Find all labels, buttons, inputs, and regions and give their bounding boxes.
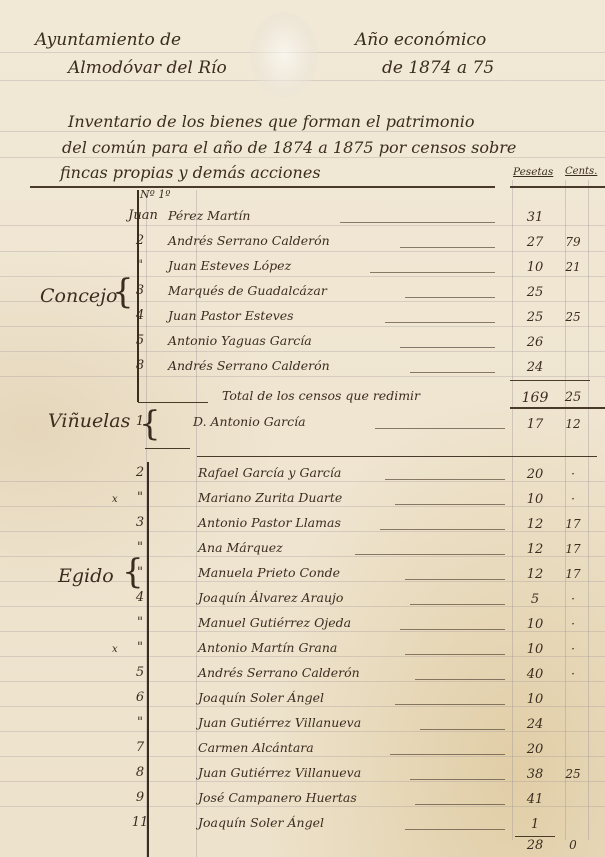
row-name: D. Antonio García xyxy=(193,414,306,429)
row-pesetas: 40 xyxy=(518,667,552,682)
header-underline xyxy=(510,186,605,188)
leader-dash xyxy=(385,479,505,481)
row-centimos: 17 xyxy=(560,567,586,581)
row-number: 4 xyxy=(125,590,155,605)
column-header-centimos: Cents. xyxy=(565,166,597,177)
row-number: " xyxy=(125,565,155,580)
leader-dash xyxy=(375,428,505,430)
total-underline xyxy=(510,407,605,409)
embossed-seal xyxy=(250,12,318,98)
row-pesetas: 24 xyxy=(518,360,552,375)
rule-line xyxy=(0,781,605,782)
row-mark: x xyxy=(112,644,118,655)
row-name: Manuela Prieto Conde xyxy=(198,565,340,580)
row-number: Juan xyxy=(128,208,158,223)
rule-line xyxy=(0,225,605,226)
number-header: Nº 1º xyxy=(140,188,170,201)
row-number: " xyxy=(125,640,155,655)
row-centimos: 25 xyxy=(560,310,586,324)
column-rule xyxy=(565,180,566,840)
leader-dash xyxy=(380,529,505,531)
row-name: Andrés Serrano Calderón xyxy=(168,358,330,373)
rule-line xyxy=(0,606,605,607)
leader-dash xyxy=(395,704,505,706)
row-name: Antonio Pastor Llamas xyxy=(198,515,341,530)
row-pesetas: 38 xyxy=(518,767,552,782)
row-number: 9 xyxy=(125,790,155,805)
row-name: Joaquín Soler Ángel xyxy=(198,815,324,830)
rule-line xyxy=(0,806,605,807)
rule-line xyxy=(0,376,605,377)
sum-line xyxy=(515,836,555,837)
rule-line xyxy=(0,706,605,707)
row-name: Juan Gutiérrez Villanueva xyxy=(198,765,361,780)
row-centimos: 25 xyxy=(560,767,586,781)
row-name: Pérez Martín xyxy=(168,208,250,223)
rule-line xyxy=(0,656,605,657)
header-left-line2: Almodóvar del Río xyxy=(68,58,227,78)
row-name: Rafael García y García xyxy=(198,465,341,480)
rule-line xyxy=(0,556,605,557)
row-centimos: · xyxy=(560,642,586,656)
row-pesetas: 25 xyxy=(518,285,552,300)
rule-line xyxy=(0,251,605,252)
total-centimos: 25 xyxy=(560,390,586,405)
ledger-page: Ayuntamiento de Almodóvar del Río Año ec… xyxy=(0,0,605,857)
row-number: 8 xyxy=(125,765,155,780)
column-header-pesetas: Pesetas xyxy=(513,166,553,178)
row-name: Manuel Gutiérrez Ojeda xyxy=(198,615,351,630)
row-number: " xyxy=(125,540,155,555)
row-mark: x xyxy=(112,494,118,505)
group-separator xyxy=(197,456,597,457)
row-number: 11 xyxy=(125,815,155,830)
row-centimos: · xyxy=(560,592,586,606)
row-number: 5 xyxy=(125,665,155,680)
column-rule xyxy=(512,180,513,840)
row-name: Ana Márquez xyxy=(198,540,283,555)
rule-line xyxy=(0,326,605,327)
rule-line xyxy=(0,481,605,482)
rule-line xyxy=(0,731,605,732)
leader-dash xyxy=(405,654,505,656)
leader-dash xyxy=(400,347,495,349)
subtotal-centimos: 0 xyxy=(560,838,586,852)
row-name: Mariano Zurita Duarte xyxy=(198,490,342,505)
row-name: Joaquín Soler Ángel xyxy=(198,690,324,705)
leader-dash xyxy=(415,679,505,681)
row-number: 2 xyxy=(125,233,155,248)
rule-line xyxy=(0,276,605,277)
row-number: " xyxy=(125,258,155,273)
leader-dash xyxy=(400,247,495,249)
row-number: 5 xyxy=(125,333,155,348)
row-name: Antonio Yaguas García xyxy=(168,333,312,348)
rule-line xyxy=(0,131,605,132)
row-centimos: 21 xyxy=(560,260,586,274)
row-pesetas: 25 xyxy=(518,310,552,325)
rule-line xyxy=(0,351,605,352)
leader-dash xyxy=(405,579,505,581)
row-pesetas: 12 xyxy=(518,567,552,582)
group-label-egido: Egido xyxy=(58,565,114,587)
subtotal-pesetas: 28 xyxy=(518,838,552,853)
row-pesetas: 12 xyxy=(518,542,552,557)
leader-dash xyxy=(370,272,495,274)
row-name: Juan Gutiérrez Villanueva xyxy=(198,715,361,730)
leader-dash xyxy=(400,629,505,631)
row-name: Joaquín Álvarez Araujo xyxy=(198,590,343,605)
row-pesetas: 10 xyxy=(518,492,552,507)
row-pesetas: 20 xyxy=(518,467,552,482)
rule-line xyxy=(0,157,605,158)
row-number: 2 xyxy=(125,465,155,480)
sum-line xyxy=(510,380,590,381)
leader-dash xyxy=(355,554,505,556)
row-pesetas: 10 xyxy=(518,692,552,707)
row-number: 3 xyxy=(125,283,155,298)
row-pesetas: 41 xyxy=(518,792,552,807)
title-line1: Inventario de los bienes que forman el p… xyxy=(68,112,475,131)
row-name: Marqués de Guadalcázar xyxy=(168,283,327,298)
group-label-vinuelas: Viñuelas xyxy=(48,410,130,432)
row-name: José Campanero Huertas xyxy=(198,790,357,805)
row-name: Juan Esteves López xyxy=(168,258,291,273)
title-line2: del común para el año de 1874 a 1875 por… xyxy=(62,138,516,157)
leader-dash xyxy=(410,779,505,781)
title-line3: fincas propias y demás acciones xyxy=(60,163,321,182)
row-pesetas: 5 xyxy=(518,592,552,607)
row-centimos: · xyxy=(560,492,586,506)
rule-line xyxy=(0,631,605,632)
leader-dash xyxy=(420,729,505,731)
group-close-line xyxy=(145,448,190,449)
row-number: " xyxy=(125,715,155,730)
group-label-concejo: Concejo xyxy=(40,285,117,307)
rule-line xyxy=(0,531,605,532)
total-label: Total de los censos que redimir xyxy=(222,388,420,403)
row-name: Andrés Serrano Calderón xyxy=(168,233,330,248)
row-number: 8 xyxy=(125,358,155,373)
row-name: Carmen Alcántara xyxy=(198,740,314,755)
row-name: Juan Pastor Esteves xyxy=(168,308,294,323)
row-number: 1 xyxy=(125,414,155,429)
row-pesetas: 20 xyxy=(518,742,552,757)
header-right-line1: Año económico xyxy=(355,30,486,50)
row-pesetas: 31 xyxy=(518,210,552,225)
row-centimos: 17 xyxy=(560,542,586,556)
row-centimos: · xyxy=(560,617,586,631)
group-close-line xyxy=(138,402,208,403)
row-number: 6 xyxy=(125,690,155,705)
row-number: 4 xyxy=(125,308,155,323)
row-pesetas: 17 xyxy=(518,417,552,432)
row-pesetas: 1 xyxy=(518,817,552,832)
row-pesetas: 10 xyxy=(518,617,552,632)
row-pesetas: 26 xyxy=(518,335,552,350)
row-number: " xyxy=(125,615,155,630)
leader-dash xyxy=(390,754,505,756)
leader-dash xyxy=(395,504,505,506)
leader-dash xyxy=(410,604,505,606)
rule-line xyxy=(0,506,605,507)
row-centimos: 12 xyxy=(560,417,586,431)
row-name: Andrés Serrano Calderón xyxy=(198,665,360,680)
leader-dash xyxy=(415,804,505,806)
row-pesetas: 27 xyxy=(518,235,552,250)
row-pesetas: 10 xyxy=(518,642,552,657)
row-number: " xyxy=(125,490,155,505)
row-centimos: · xyxy=(560,467,586,481)
rule-line xyxy=(0,681,605,682)
rule-line xyxy=(0,756,605,757)
leader-dash xyxy=(410,372,495,374)
header-left-line1: Ayuntamiento de xyxy=(35,30,181,50)
row-centimos: 17 xyxy=(560,517,586,531)
row-number: 3 xyxy=(125,515,155,530)
column-rule xyxy=(588,180,589,840)
row-pesetas: 24 xyxy=(518,717,552,732)
row-pesetas: 10 xyxy=(518,260,552,275)
row-centimos: · xyxy=(560,667,586,681)
leader-dash xyxy=(340,222,495,224)
total-pesetas: 169 xyxy=(518,390,552,406)
header-right-line2: de 1874 a 75 xyxy=(382,58,494,78)
row-pesetas: 12 xyxy=(518,517,552,532)
row-centimos: 79 xyxy=(560,235,586,249)
leader-dash xyxy=(385,322,495,324)
row-name: Antonio Martín Grana xyxy=(198,640,337,655)
leader-dash xyxy=(405,829,505,831)
leader-dash xyxy=(405,297,495,299)
header-underline xyxy=(30,186,495,188)
row-number: 7 xyxy=(125,740,155,755)
